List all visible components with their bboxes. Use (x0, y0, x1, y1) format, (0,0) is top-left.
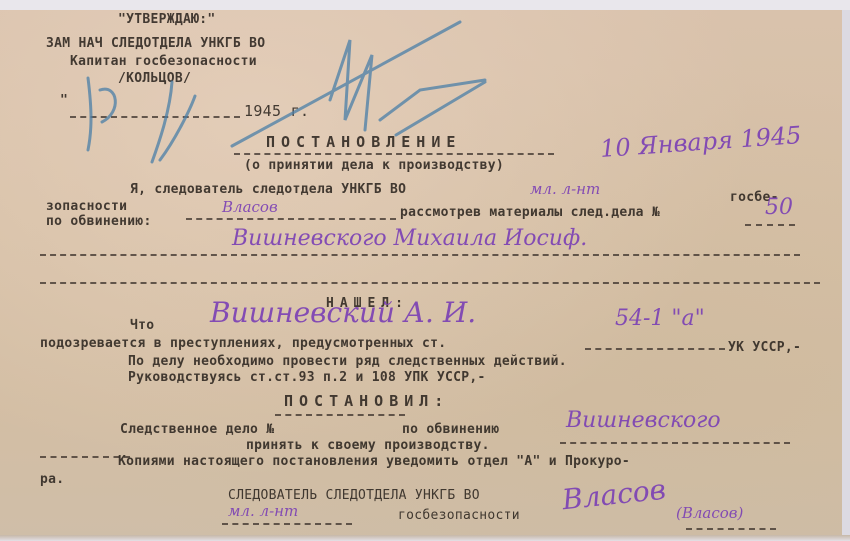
signature-position: СЛЕДОВАТЕЛЬ СЛЕДОТДЕЛА УНКГБ ВО (228, 488, 480, 503)
resolved-line-1-start: Следственное дело № (120, 422, 274, 437)
case-number-underline (745, 224, 795, 226)
resolved-line-4: ра. (40, 472, 64, 487)
resolved-underline (275, 414, 405, 416)
article-underline (585, 348, 725, 350)
resolved-blank-line (40, 456, 130, 458)
intro-line-2-mid: рассмотрев материалы след.дела № (400, 205, 660, 220)
intro-line-1: Я, следователь следотдела УНКГБ ВО (130, 182, 406, 197)
found-line-2: По делу необходимо провести ряд следстве… (128, 354, 567, 369)
hw-rank: мл. л-нт (530, 180, 600, 198)
accused-underline (40, 254, 800, 256)
hw-signature-rank: мл. л-нт (228, 502, 298, 520)
hw-investigator-name: Власов (222, 198, 278, 216)
found-what-label: Что (130, 318, 154, 333)
hw-case-number: 50 (765, 195, 793, 220)
found-line-1: подозревается в преступлениях, предусмот… (40, 336, 446, 351)
signature-rank-underline (222, 523, 352, 525)
found-line-1-end: УК УССР,- (728, 340, 801, 355)
scan-border-bottom (0, 535, 850, 541)
document-subtitle: (о принятии дела к производству) (244, 158, 504, 173)
found-line-3: Руководствуясь ст.ст.93 п.2 и 108 УПК УС… (128, 370, 486, 385)
hw-article: 54-1 "а" (615, 306, 705, 331)
resolved-heading: ПОСТАНОВИЛ: (284, 392, 449, 410)
resolved-line-1-mid: по обвинению (402, 422, 500, 437)
intro-line-2-start: зопасности (46, 199, 127, 214)
hw-found-accused: Вишневский А. И. (210, 296, 476, 329)
document-title: ПОСТАНОВЛЕНИЕ (266, 133, 461, 151)
hw-resolved-accused: Вишневского (566, 408, 721, 433)
resolved-line-3: Копиями настоящего постановления уведоми… (118, 454, 630, 469)
hw-accused-name: Вишневского Михаила Иосиф. (232, 226, 587, 251)
title-underline (234, 153, 554, 155)
signatory-name-underline (686, 528, 776, 530)
signature-rank: госбезопасности (398, 508, 520, 523)
name-underline (186, 218, 396, 220)
intro-line-3-start: по обвинению: (46, 214, 152, 229)
resolved-line-2: принять к своему производству. (246, 438, 490, 453)
blank-line-1 (40, 282, 820, 284)
hw-signatory-name: (Власов) (676, 504, 743, 522)
resolved-accused-underline (560, 442, 790, 444)
